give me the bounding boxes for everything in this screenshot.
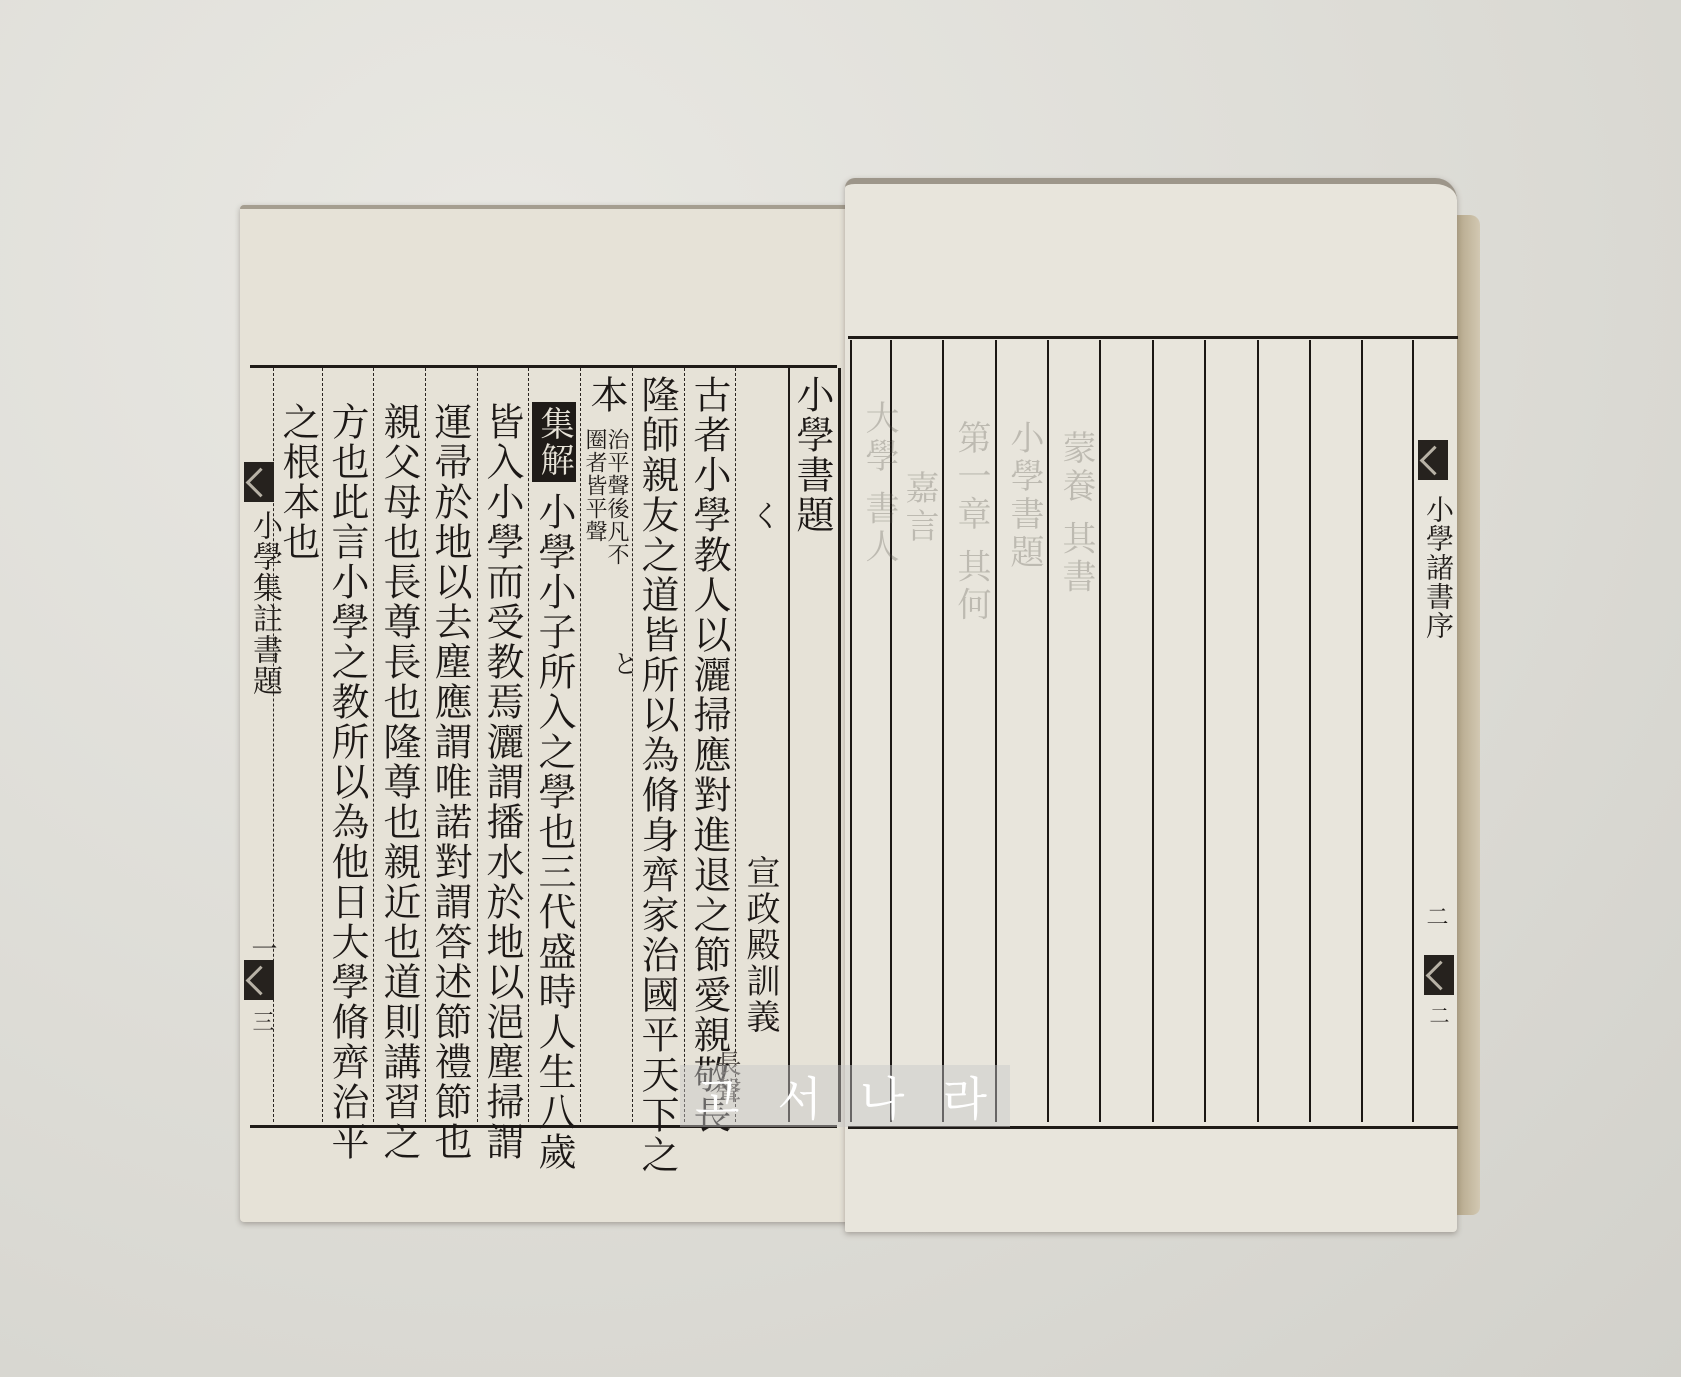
column-rule <box>1152 340 1154 1122</box>
column-rule <box>735 368 736 1122</box>
column-rule <box>1257 340 1259 1122</box>
commentary-column: 皆入小學而受教焉灑謂播水於地以浥塵掃謂 <box>478 402 526 1162</box>
main-text-column: 隆師親友之道皆所以為脩身齊家治國平天下之 <box>633 375 681 1175</box>
heading-title: 小學書題 <box>788 375 836 535</box>
column-rule <box>1204 340 1206 1122</box>
commentary-column: 方也此言小學之教所以為他日大學脩齊治平 <box>323 402 371 1162</box>
column-rule <box>373 368 374 1122</box>
column-rule <box>838 368 841 1122</box>
watermark-char: 나 <box>860 1063 912 1129</box>
bleed-through-text: 大學 書人 <box>855 400 904 567</box>
commentary-label-badge: 集解 <box>532 402 576 482</box>
column-rule <box>1309 340 1311 1122</box>
author-attribution: 宣政殿訓義 <box>738 855 782 1035</box>
fishtail-ornament-icon <box>244 960 274 1000</box>
column-rule <box>1412 340 1414 1122</box>
margin-page-number: 三 <box>246 1010 277 1033</box>
margin-page-number: 二 <box>1424 1005 1453 1026</box>
watermark: 고 서 나 라 <box>680 1065 1010 1127</box>
margin-page-number: 二 <box>1420 905 1451 928</box>
column-rule <box>942 340 944 1122</box>
column-rule <box>850 340 852 1122</box>
watermark-char: 고 <box>695 1063 747 1129</box>
column-rule <box>1361 340 1363 1122</box>
interlinear-note: 治平聲後凡不 <box>604 428 628 566</box>
column-rule <box>528 368 529 1122</box>
watermark-char: 서 <box>778 1063 830 1129</box>
main-text-column: 古者小學教人以灑掃應對進退之節愛親敬長 <box>685 375 733 1135</box>
interlinear-note: 圈者皆平聲 <box>582 428 606 543</box>
handwritten-mark: と <box>605 650 642 677</box>
handwritten-mark: く <box>740 500 784 531</box>
bleed-through-text: 小學書題 <box>1000 420 1049 572</box>
bleed-through-text: 蒙養 其書 <box>1052 430 1101 597</box>
commentary-column: 小學小子所入之學也三代盛時人生八歲 <box>530 492 578 1172</box>
commentary-column: 親父母也長尊長也隆尊也親近也道則講習之 <box>375 402 423 1162</box>
watermark-char: 라 <box>943 1063 995 1129</box>
fishtail-ornament-icon <box>244 462 274 502</box>
commentary-column: 運帚於地以去塵應謂唯諾對謂答述節禮節也 <box>426 402 474 1162</box>
margin-page-number: 一 <box>244 935 281 962</box>
main-text-column: 本 <box>582 375 630 415</box>
commentary-column: 之根本也 <box>274 402 322 562</box>
fishtail-ornament-icon <box>1418 440 1448 480</box>
margin-title: 小學諸書序 <box>1418 495 1458 640</box>
bleed-through-text: 第一章 其何 <box>947 420 996 625</box>
fishtail-ornament-icon <box>1424 955 1454 995</box>
column-rule <box>580 368 581 1122</box>
